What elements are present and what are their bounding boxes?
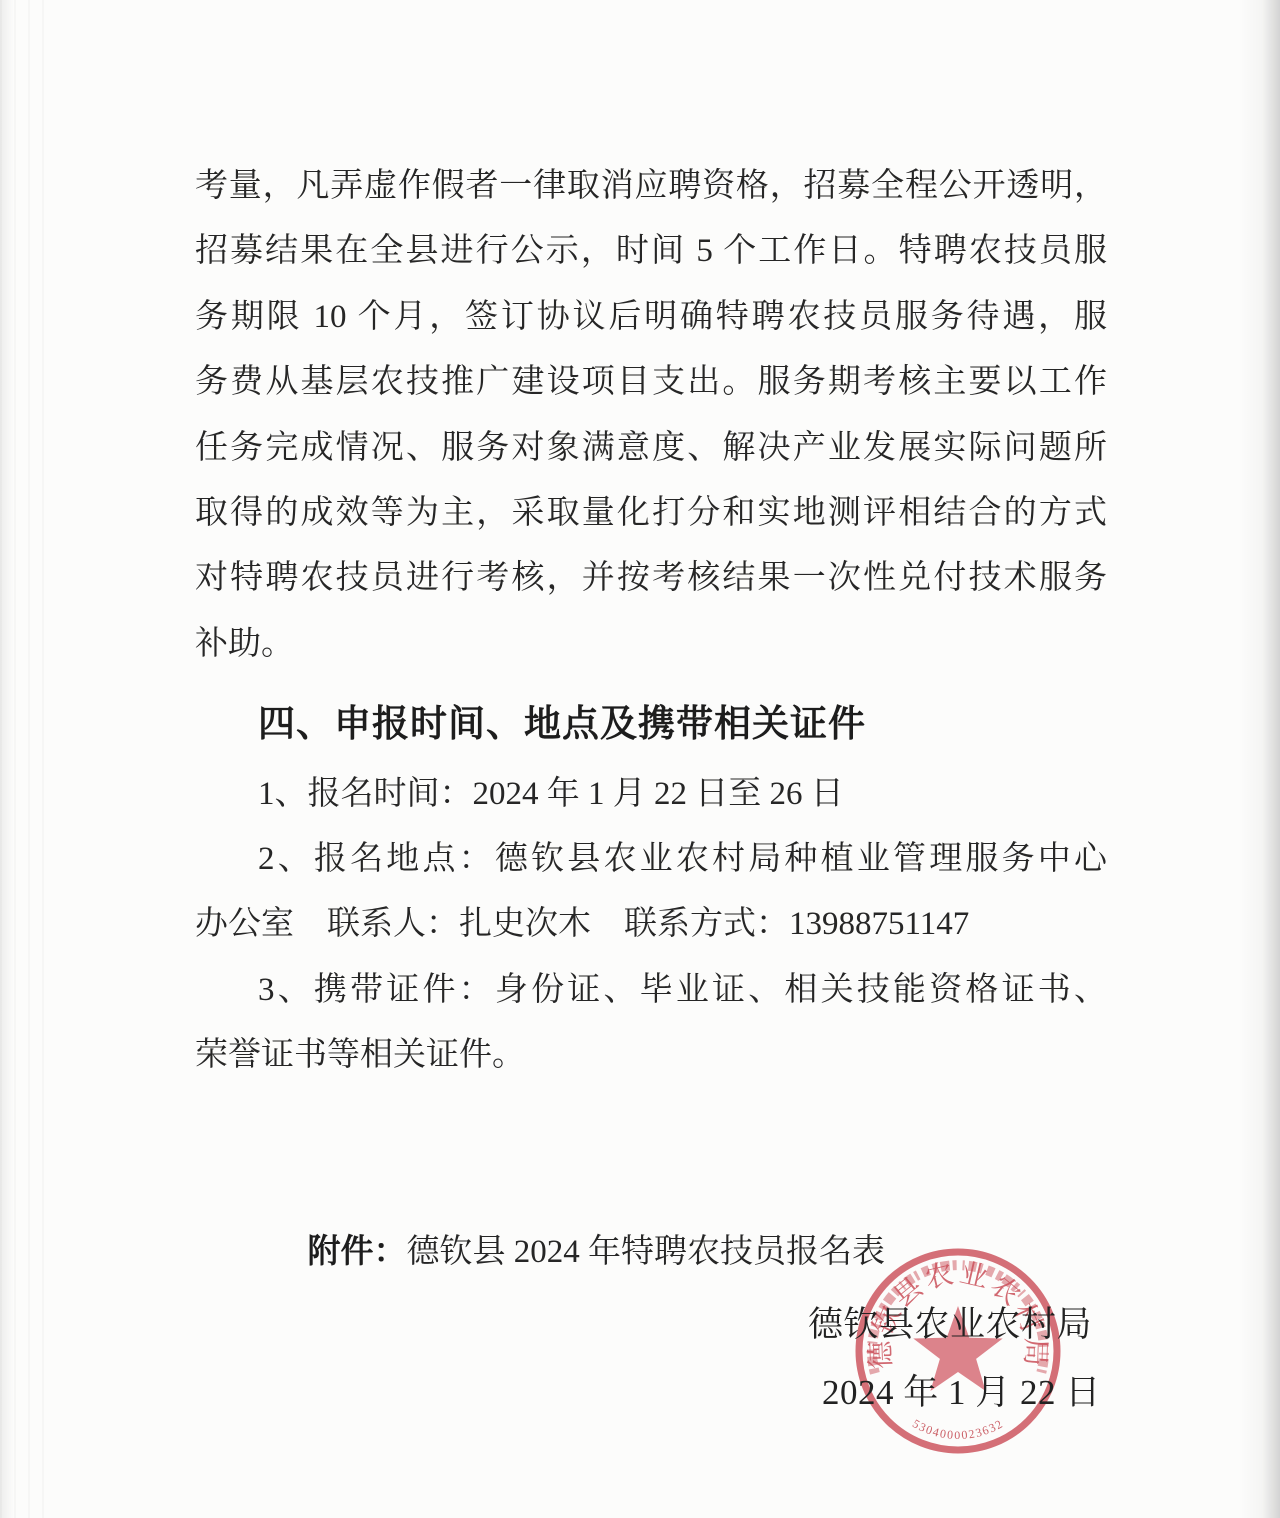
seal-code-arc: 5304000023632 [910,1416,1006,1442]
body-line: 对特聘农技员进行考核，并按考核结果一次性兑付技术服务 [195,546,1107,611]
section-heading: 四、申报时间、地点及携带相关证件 [195,691,1107,756]
attachment-label: 附件： [308,1232,407,1269]
body-line: 取得的成效等为主，采取量化打分和实地测评相结合的方式 [195,481,1107,546]
attachment-title: 德钦县 2024 年特聘农技员报名表 [407,1234,886,1270]
document-date: 2024 年 1 月 22 日 [822,1371,1101,1415]
body-line: 考量，凡弄虚作假者一律取消应聘资格，招募全程公开透明， [195,154,1107,219]
signer-name: 德钦县农业农村局 [808,1303,1092,1347]
item-reg-place-line1: 2、报名地点：德钦县农业农村局种植业管理服务中心 [195,827,1107,892]
body-line: 务期限 10 个月，签订协议后明确特聘农技员服务待遇，服 [195,285,1107,350]
item-documents-line1: 3、携带证件：身份证、毕业证、相关技能资格证书、 [195,958,1107,1023]
document-page: 考量，凡弄虚作假者一律取消应聘资格，招募全程公开透明， 招募结果在全县进行公示，… [0,0,1280,1518]
item-documents-line2: 荣誉证书等相关证件。 [195,1023,1107,1088]
item-reg-time: 1、报名时间：2024 年 1 月 22 日至 26 日 [195,762,1107,827]
attachment-line: 附件：德钦县 2024 年特聘农技员报名表 [195,1152,1107,1217]
body-line: 务费从基层农技推广建设项目支出。服务期考核主要以工作 [195,350,1107,415]
document-body: 考量，凡弄虚作假者一律取消应聘资格，招募全程公开透明， 招募结果在全县进行公示，… [195,154,1107,1218]
scan-edge-left [0,0,46,1518]
item-reg-place-line2: 办公室 联系人：扎史次木 联系方式：13988751147 [195,892,1107,957]
body-line: 任务完成情况、服务对象满意度、解决产业发展实际问题所 [195,416,1107,481]
scan-edge-right [1240,0,1280,1518]
official-seal: 德钦县农业农村局 5304000023632 [843,1236,1073,1466]
body-line: 招募结果在全县进行公示，时间 5 个工作日。特聘农技员服 [195,219,1107,284]
body-line: 补助。 [195,612,1107,677]
